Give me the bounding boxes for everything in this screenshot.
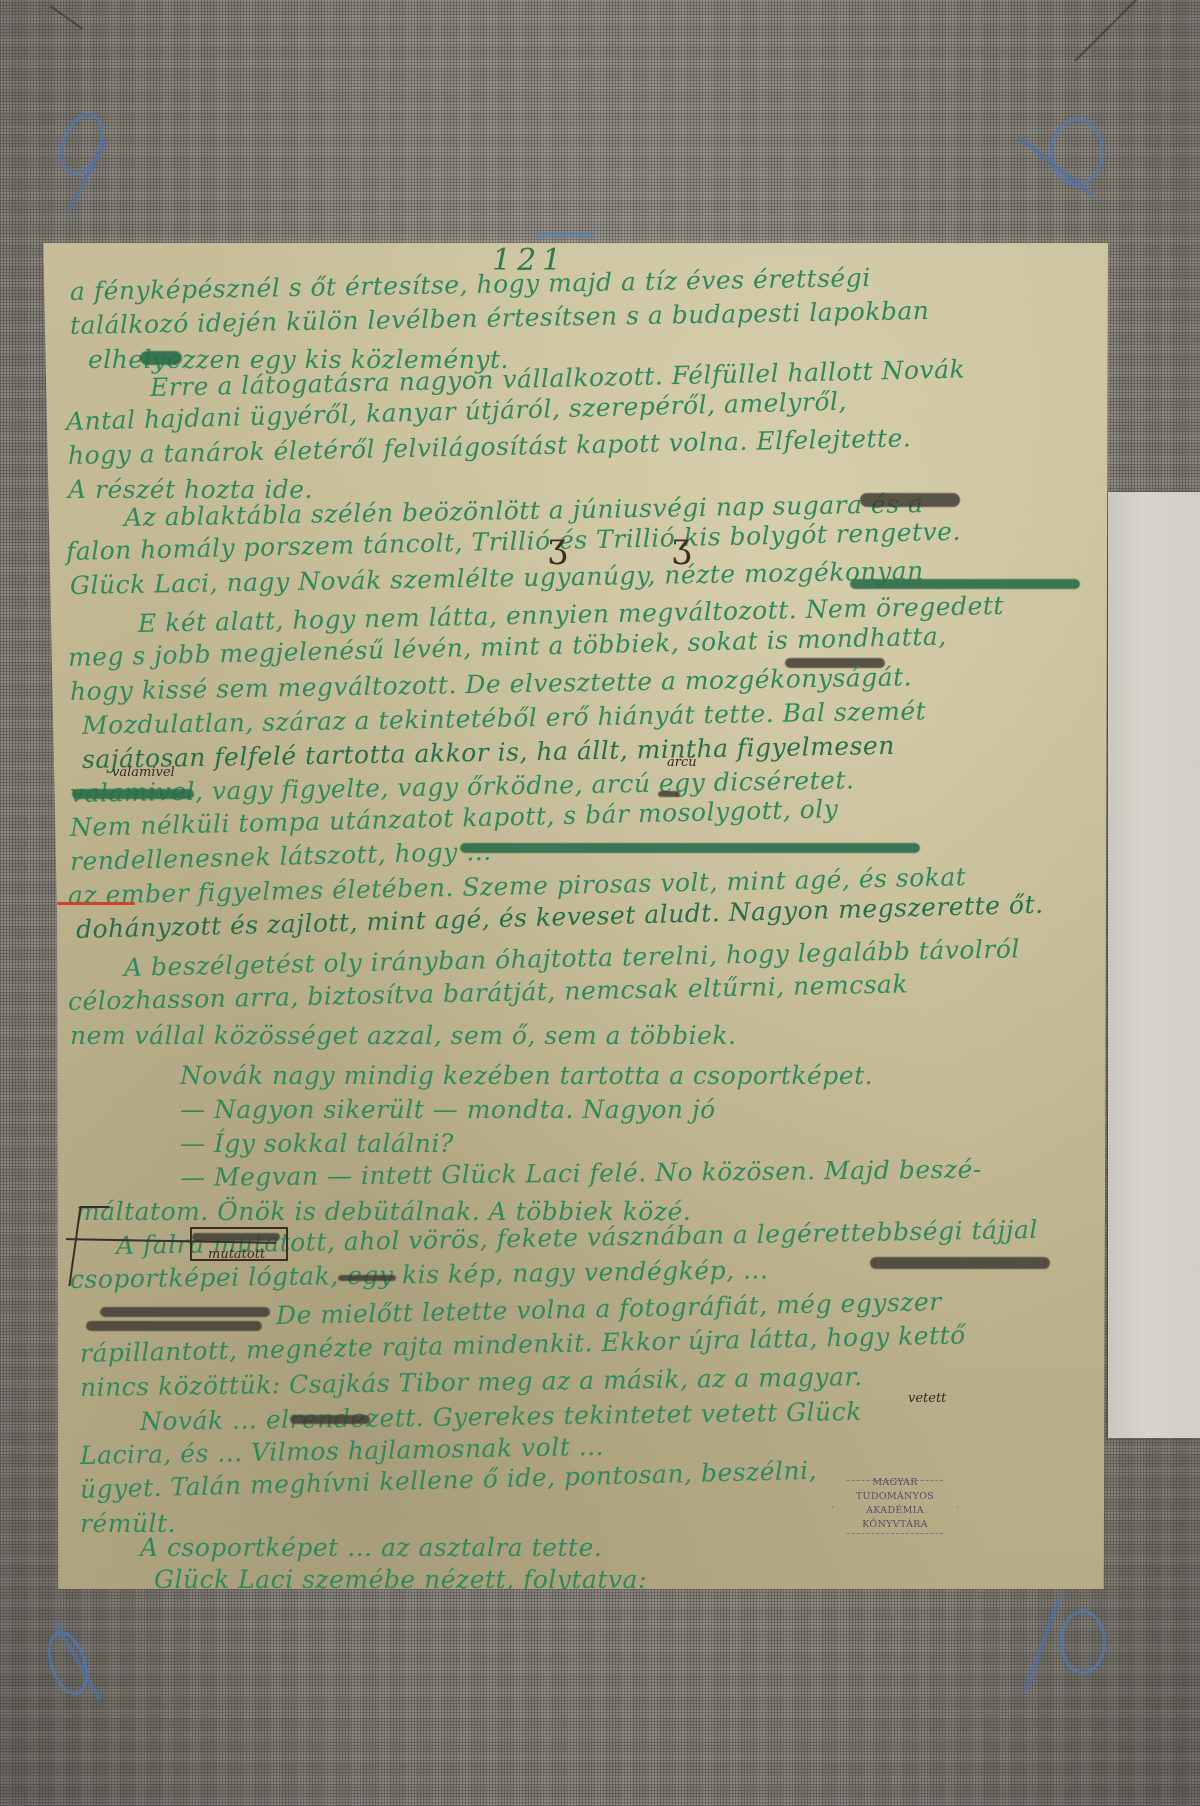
- pencil-insert-vetett: vetett: [908, 1391, 946, 1406]
- strikethrough: [338, 1275, 396, 1281]
- library-stamp: MAGYAR TUDOMÁNYOS AKADÉMIA KÖNYVTÁRA: [830, 1476, 960, 1538]
- strikethrough: [72, 789, 194, 799]
- red-margin-mark: [57, 902, 135, 905]
- blue-tape-top: [535, 232, 595, 238]
- text-line: — Azt hallottam, hogy ön már eltávozott.: [140, 1595, 679, 1624]
- blue-pencil-mark-top-right: [1050, 118, 1104, 186]
- stamp-line-1: MAGYAR: [830, 1476, 960, 1490]
- strikethrough: [86, 1321, 262, 1331]
- pencil-corner-line-top-right: [1074, 0, 1153, 62]
- pencil-insert-mutatott: mutatott: [208, 1247, 265, 1262]
- text-line: — Így sokkal találni?: [180, 1129, 454, 1158]
- pencil-insert-z: ʒ: [548, 526, 567, 566]
- text-line: rendellenesnek látszott, hogy ...: [70, 837, 492, 876]
- manuscript-page: 121 a fényképésznél s őt értesítse, hogy…: [40, 243, 1108, 1589]
- blue-pencil-mark-bottom-left: [41, 1626, 96, 1700]
- strikethrough: [140, 351, 182, 365]
- text-line: Novák nagy mindig kezében tartotta a cso…: [180, 1061, 873, 1090]
- text-line: — Megvan — intett Glück Laci felé. No kö…: [180, 1155, 982, 1192]
- pencil-corner-line-top-left: [49, 5, 83, 30]
- stamp-line-3: KÖNYVTÁRA: [830, 1518, 960, 1532]
- text-line: A csoportképet ... az asztalra tette.: [140, 1533, 602, 1562]
- strikethrough: [460, 843, 920, 853]
- strikethrough: [860, 493, 960, 507]
- text-line: Novák ... elrendezett. Gyerekes tekintet…: [140, 1397, 862, 1436]
- text-line: nem vállal közösséget azzal, sem ő, sem …: [70, 1021, 736, 1050]
- strikethrough: [850, 579, 1080, 589]
- strikethrough: [870, 1257, 1050, 1269]
- stamp-line-2: TUDOMÁNYOS AKADÉMIA: [830, 1490, 960, 1518]
- text-line: — Nagyon sikerült — mondta. Nagyon jó: [180, 1095, 716, 1124]
- text-line: csoportképei lógtak, egy kis kép, nagy v…: [70, 1255, 769, 1294]
- blue-pencil-mark-bottom-right: [1060, 1610, 1106, 1674]
- strikethrough: [100, 1307, 270, 1317]
- blue-pencil-slash-bottom-right: [1023, 1597, 1061, 1692]
- strikethrough: [290, 1415, 370, 1424]
- strikethrough: [658, 791, 680, 797]
- text-line: Glück Laci szemébe nézett, folytatva:: [154, 1565, 647, 1594]
- text-line: nincs közöttük: Csajkás Tibor meg az a m…: [80, 1362, 863, 1402]
- backing-card: [1108, 492, 1200, 1438]
- text-line: — Igen. Nyugdíjban az életfogytiglan.: [140, 1625, 638, 1654]
